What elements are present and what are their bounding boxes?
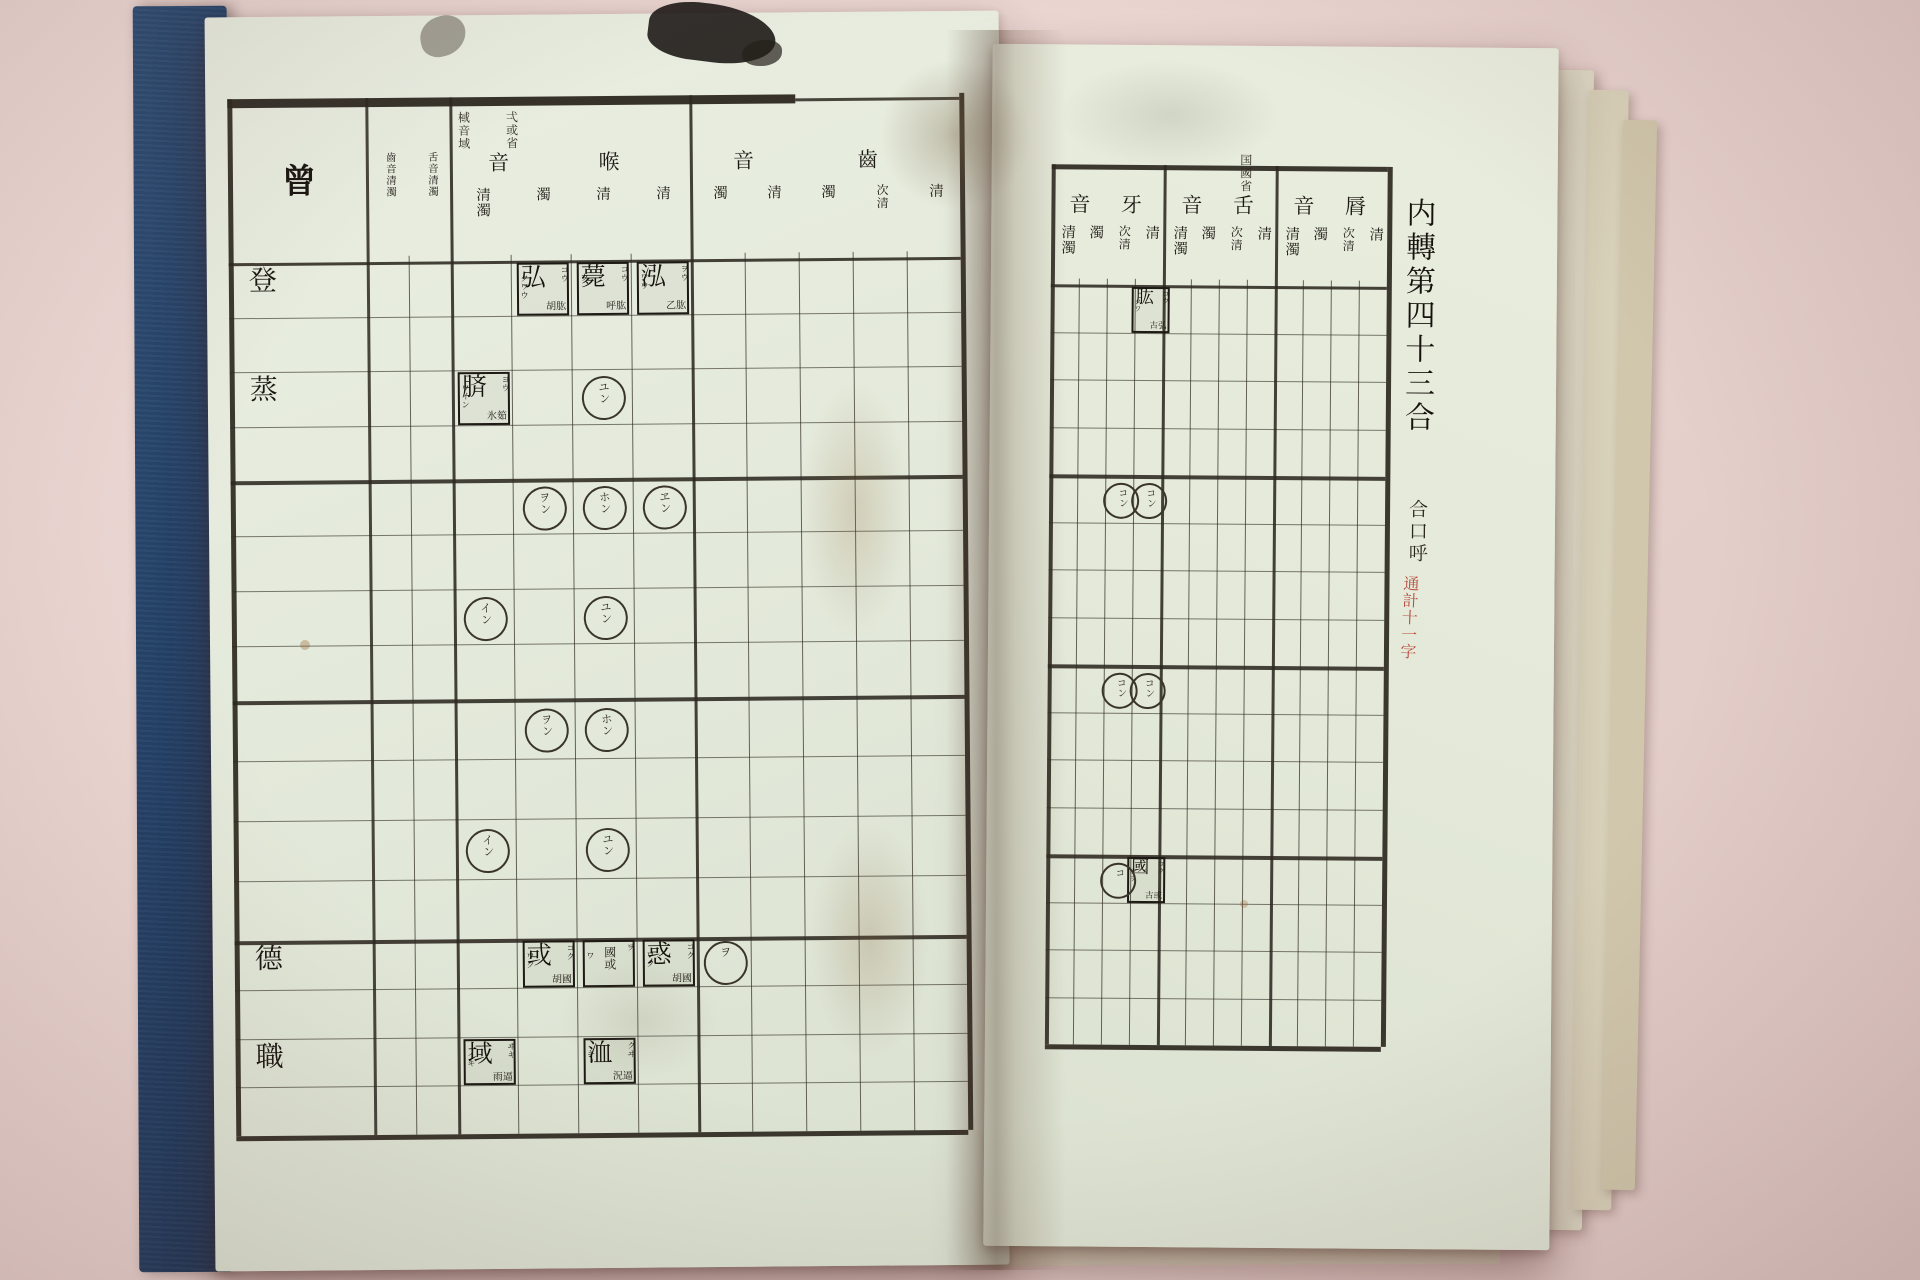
volume-title: 内轉第四十三合 bbox=[1393, 197, 1440, 527]
entry-kana-left: ウイン bbox=[460, 383, 469, 422]
header-col-label: 次清 bbox=[1112, 225, 1130, 251]
header-group-name: 音 bbox=[1293, 196, 1314, 218]
header-group-name: 喉 bbox=[599, 152, 620, 174]
grid-line bbox=[1052, 164, 1388, 171]
header-col-label: 舌音清濁 bbox=[420, 151, 438, 197]
header-group-name: 齒 bbox=[857, 150, 878, 172]
right-rhyme-grid: 音牙清濁濁次清清音舌清濁濁次清清音脣清濁濁次清清国國省肱コウクワ古弘國コククヲ古… bbox=[983, 44, 1558, 1250]
grid-line bbox=[232, 640, 964, 648]
header-col-label: 濁 bbox=[708, 185, 726, 201]
entry-fanqie-note: 況逼 bbox=[613, 1072, 633, 1082]
sound-circle-kana: コ bbox=[1112, 867, 1124, 894]
grid-line bbox=[1353, 281, 1360, 1047]
grid-line bbox=[234, 875, 966, 883]
sound-circle: ユン bbox=[582, 594, 629, 641]
entry-fanqie-note: 胡肱 bbox=[546, 303, 566, 313]
rhyme-label: 德 bbox=[255, 945, 283, 974]
table-entry: 弘コウクワウ胡肱 bbox=[517, 262, 569, 315]
grid-line bbox=[745, 253, 754, 1132]
entry-kana-left: イキ bbox=[466, 1050, 475, 1083]
sound-circle: イン bbox=[462, 595, 509, 642]
entry-fanqie-note: 氷筎 bbox=[487, 412, 507, 422]
rhyme-label: 登 bbox=[249, 267, 277, 296]
header-col-label: 清 bbox=[762, 184, 780, 200]
header-col-label: 清濁 bbox=[471, 187, 489, 218]
sound-circle-kana: ホン bbox=[598, 490, 612, 525]
marginal-note: 弌或省 bbox=[503, 111, 521, 191]
grid-line bbox=[227, 99, 241, 1136]
grid-line bbox=[365, 98, 377, 1135]
entry-fanqie-note: 古弘 bbox=[1149, 322, 1166, 331]
table-entry: 𦜝ヨウウイン氷筎 bbox=[458, 372, 510, 425]
grid-line bbox=[233, 695, 965, 705]
sound-circle: イン bbox=[464, 827, 511, 874]
entry-fanqie-note: 古或 bbox=[1145, 892, 1162, 901]
entry-kana-left: ワク bbox=[645, 951, 654, 984]
entry-fanqie-note: 呼肱 bbox=[606, 302, 626, 312]
sound-circle: ヲン bbox=[523, 707, 570, 754]
sound-circle: ホン bbox=[583, 706, 630, 753]
sound-circle: ユン bbox=[580, 375, 627, 422]
sound-circle-kana: ユン bbox=[599, 600, 613, 635]
grid-line bbox=[409, 256, 418, 1135]
right-page: 音牙清濁濁次清清音舌清濁濁次清清音脣清濁濁次清清国國省肱コウクワ古弘國コククヲ古… bbox=[983, 44, 1558, 1250]
grid-line bbox=[1213, 280, 1220, 1046]
left-page: 齒音清濁舌音清濁音喉清濁濁清清音齒濁清濁次清清棫音域弌或省曾登蒸德職弘コウクワウ… bbox=[205, 11, 1010, 1272]
header-col-label: 清 bbox=[651, 185, 669, 201]
sound-circle-kana: ヲン bbox=[538, 491, 552, 526]
sound-circle: ホン bbox=[581, 484, 628, 531]
header-col-label: 清 bbox=[1252, 226, 1270, 242]
sound-circle-kana: コン bbox=[1143, 487, 1155, 514]
grid-line bbox=[631, 254, 640, 1133]
entry-fanqie-note: 雨逼 bbox=[493, 1073, 513, 1083]
table-entry: 惑コクワク胡國 bbox=[643, 939, 695, 986]
header-col-label: 清 bbox=[591, 186, 609, 202]
grid-line bbox=[227, 94, 795, 108]
sound-circle: ヱン bbox=[641, 483, 688, 530]
sound-circle-kana: イン bbox=[481, 834, 495, 869]
sound-circle-kana: コン bbox=[1115, 487, 1127, 514]
entry-kana-left: キ bbox=[586, 1049, 595, 1082]
entry-kana-left: クワウ bbox=[519, 274, 528, 313]
grid-line bbox=[1129, 279, 1136, 1045]
header-col-label: 清濁 bbox=[1280, 226, 1298, 257]
grid-line bbox=[1241, 280, 1248, 1046]
table-entry: 域ヰキイキ雨逼 bbox=[463, 1038, 515, 1085]
marginal-note: 国國省 bbox=[1237, 154, 1255, 234]
header-col-label: 濁 bbox=[1196, 225, 1214, 241]
grid-line bbox=[231, 530, 963, 538]
sound-circle-kana: ユン bbox=[597, 381, 611, 416]
header-col-label: 清濁 bbox=[1168, 225, 1186, 256]
rhyme-label: 職 bbox=[255, 1042, 283, 1071]
grid-line bbox=[1325, 280, 1332, 1046]
grid-line bbox=[230, 420, 962, 428]
grid-line bbox=[799, 252, 808, 1131]
grid-line bbox=[233, 755, 965, 763]
entry-small-chars: 國或 bbox=[602, 946, 616, 970]
grid-line bbox=[853, 252, 862, 1131]
grid-line bbox=[1185, 279, 1192, 1045]
header-group-name: 脣 bbox=[1345, 197, 1366, 219]
header-group-name: 牙 bbox=[1121, 195, 1142, 217]
table-entry: 或コクワク胡國 bbox=[523, 940, 575, 987]
sound-circle-kana: ヱン bbox=[658, 490, 672, 525]
entry-fanqie-note: 乙肱 bbox=[666, 302, 686, 312]
grid-line bbox=[959, 93, 973, 1130]
grid-line bbox=[1297, 280, 1304, 1046]
grid-line bbox=[511, 255, 520, 1134]
grid-line bbox=[1073, 278, 1080, 1044]
table-entry: 肱コウクワ古弘 bbox=[1131, 287, 1169, 333]
sound-circle-kana: ヲ bbox=[719, 946, 733, 981]
grid-line bbox=[571, 254, 580, 1133]
rhyme-label: 蒸 bbox=[250, 376, 278, 405]
sound-circle-kana: コン bbox=[1114, 677, 1126, 704]
header-col-label: 濁 bbox=[1084, 225, 1102, 241]
sound-circle-kana: ヲン bbox=[540, 713, 554, 748]
section-label: 曾 bbox=[282, 165, 316, 200]
grid-line bbox=[232, 585, 964, 593]
header-col-label: 次清 bbox=[870, 184, 888, 210]
sound-circle-kana: ユン bbox=[601, 833, 615, 868]
sound-circle-kana: ホン bbox=[600, 713, 614, 748]
sound-circle: ヲ bbox=[702, 940, 749, 987]
grid-line bbox=[234, 815, 966, 823]
header-col-label: 齒音清濁 bbox=[378, 152, 396, 198]
entry-kana-left: クワ bbox=[1133, 298, 1140, 330]
header-col-label: 濁 bbox=[816, 184, 834, 200]
grid-line bbox=[795, 97, 959, 101]
entry-fanqie-note: 胡國 bbox=[672, 974, 692, 984]
photo-open-rhyme-table-book: 齒音清濁舌音清濁音喉清濁濁清清音齒濁清濁次清清棫音域弌或省曾登蒸德職弘コウクワウ… bbox=[0, 0, 1920, 1280]
grid-line bbox=[1101, 279, 1108, 1045]
entry-kana-left: ワウ bbox=[639, 273, 648, 312]
entry-kana-left: フ bbox=[579, 273, 588, 312]
marginal-note: 棫音域 bbox=[455, 111, 473, 191]
grid-line bbox=[231, 475, 963, 485]
entry-kana-right: ヲ bbox=[625, 943, 634, 982]
header-col-label: 清 bbox=[1140, 225, 1158, 241]
entry-fanqie-note: 胡國 bbox=[552, 975, 572, 985]
grid-line bbox=[236, 1130, 968, 1141]
entry-kana-left: ワク bbox=[525, 952, 534, 985]
grid-line bbox=[1381, 167, 1392, 1047]
grid-line bbox=[230, 366, 962, 374]
header-col-label: 清濁 bbox=[1056, 224, 1074, 255]
header-col-label: 濁 bbox=[531, 186, 549, 202]
sound-circle-kana: イン bbox=[479, 601, 493, 636]
sound-circle: ヲン bbox=[521, 484, 568, 531]
header-group-name: 音 bbox=[1069, 194, 1090, 216]
header-col-label: 濁 bbox=[1308, 226, 1326, 242]
table-entry: 洫クヰキ況逼 bbox=[583, 1037, 635, 1084]
grid-line bbox=[907, 251, 916, 1130]
grid-line bbox=[1269, 166, 1279, 1046]
header-col-label: 清 bbox=[1364, 227, 1382, 243]
sound-circle: ユン bbox=[584, 826, 631, 873]
header-col-label: 次清 bbox=[1336, 226, 1354, 252]
header-col-label: 清 bbox=[924, 183, 942, 199]
grid-line bbox=[1045, 164, 1056, 1044]
table-entry: 薨コウフ呼肱 bbox=[577, 262, 629, 315]
entry-kana-left: ワ bbox=[585, 951, 594, 984]
table-entry: 國或ヲワ bbox=[583, 940, 635, 987]
header-group-name: 音 bbox=[733, 151, 754, 173]
table-entry: 泓ヲウワウ乙肱 bbox=[637, 261, 689, 314]
header-group-name: 音 bbox=[1181, 195, 1202, 217]
sound-circle-kana: コン bbox=[1142, 677, 1154, 704]
left-rhyme-grid: 齒音清濁舌音清濁音喉清濁濁清清音齒濁清濁次清清棫音域弌或省曾登蒸德職弘コウクワウ… bbox=[205, 11, 1010, 1272]
grid-line bbox=[449, 97, 461, 1134]
